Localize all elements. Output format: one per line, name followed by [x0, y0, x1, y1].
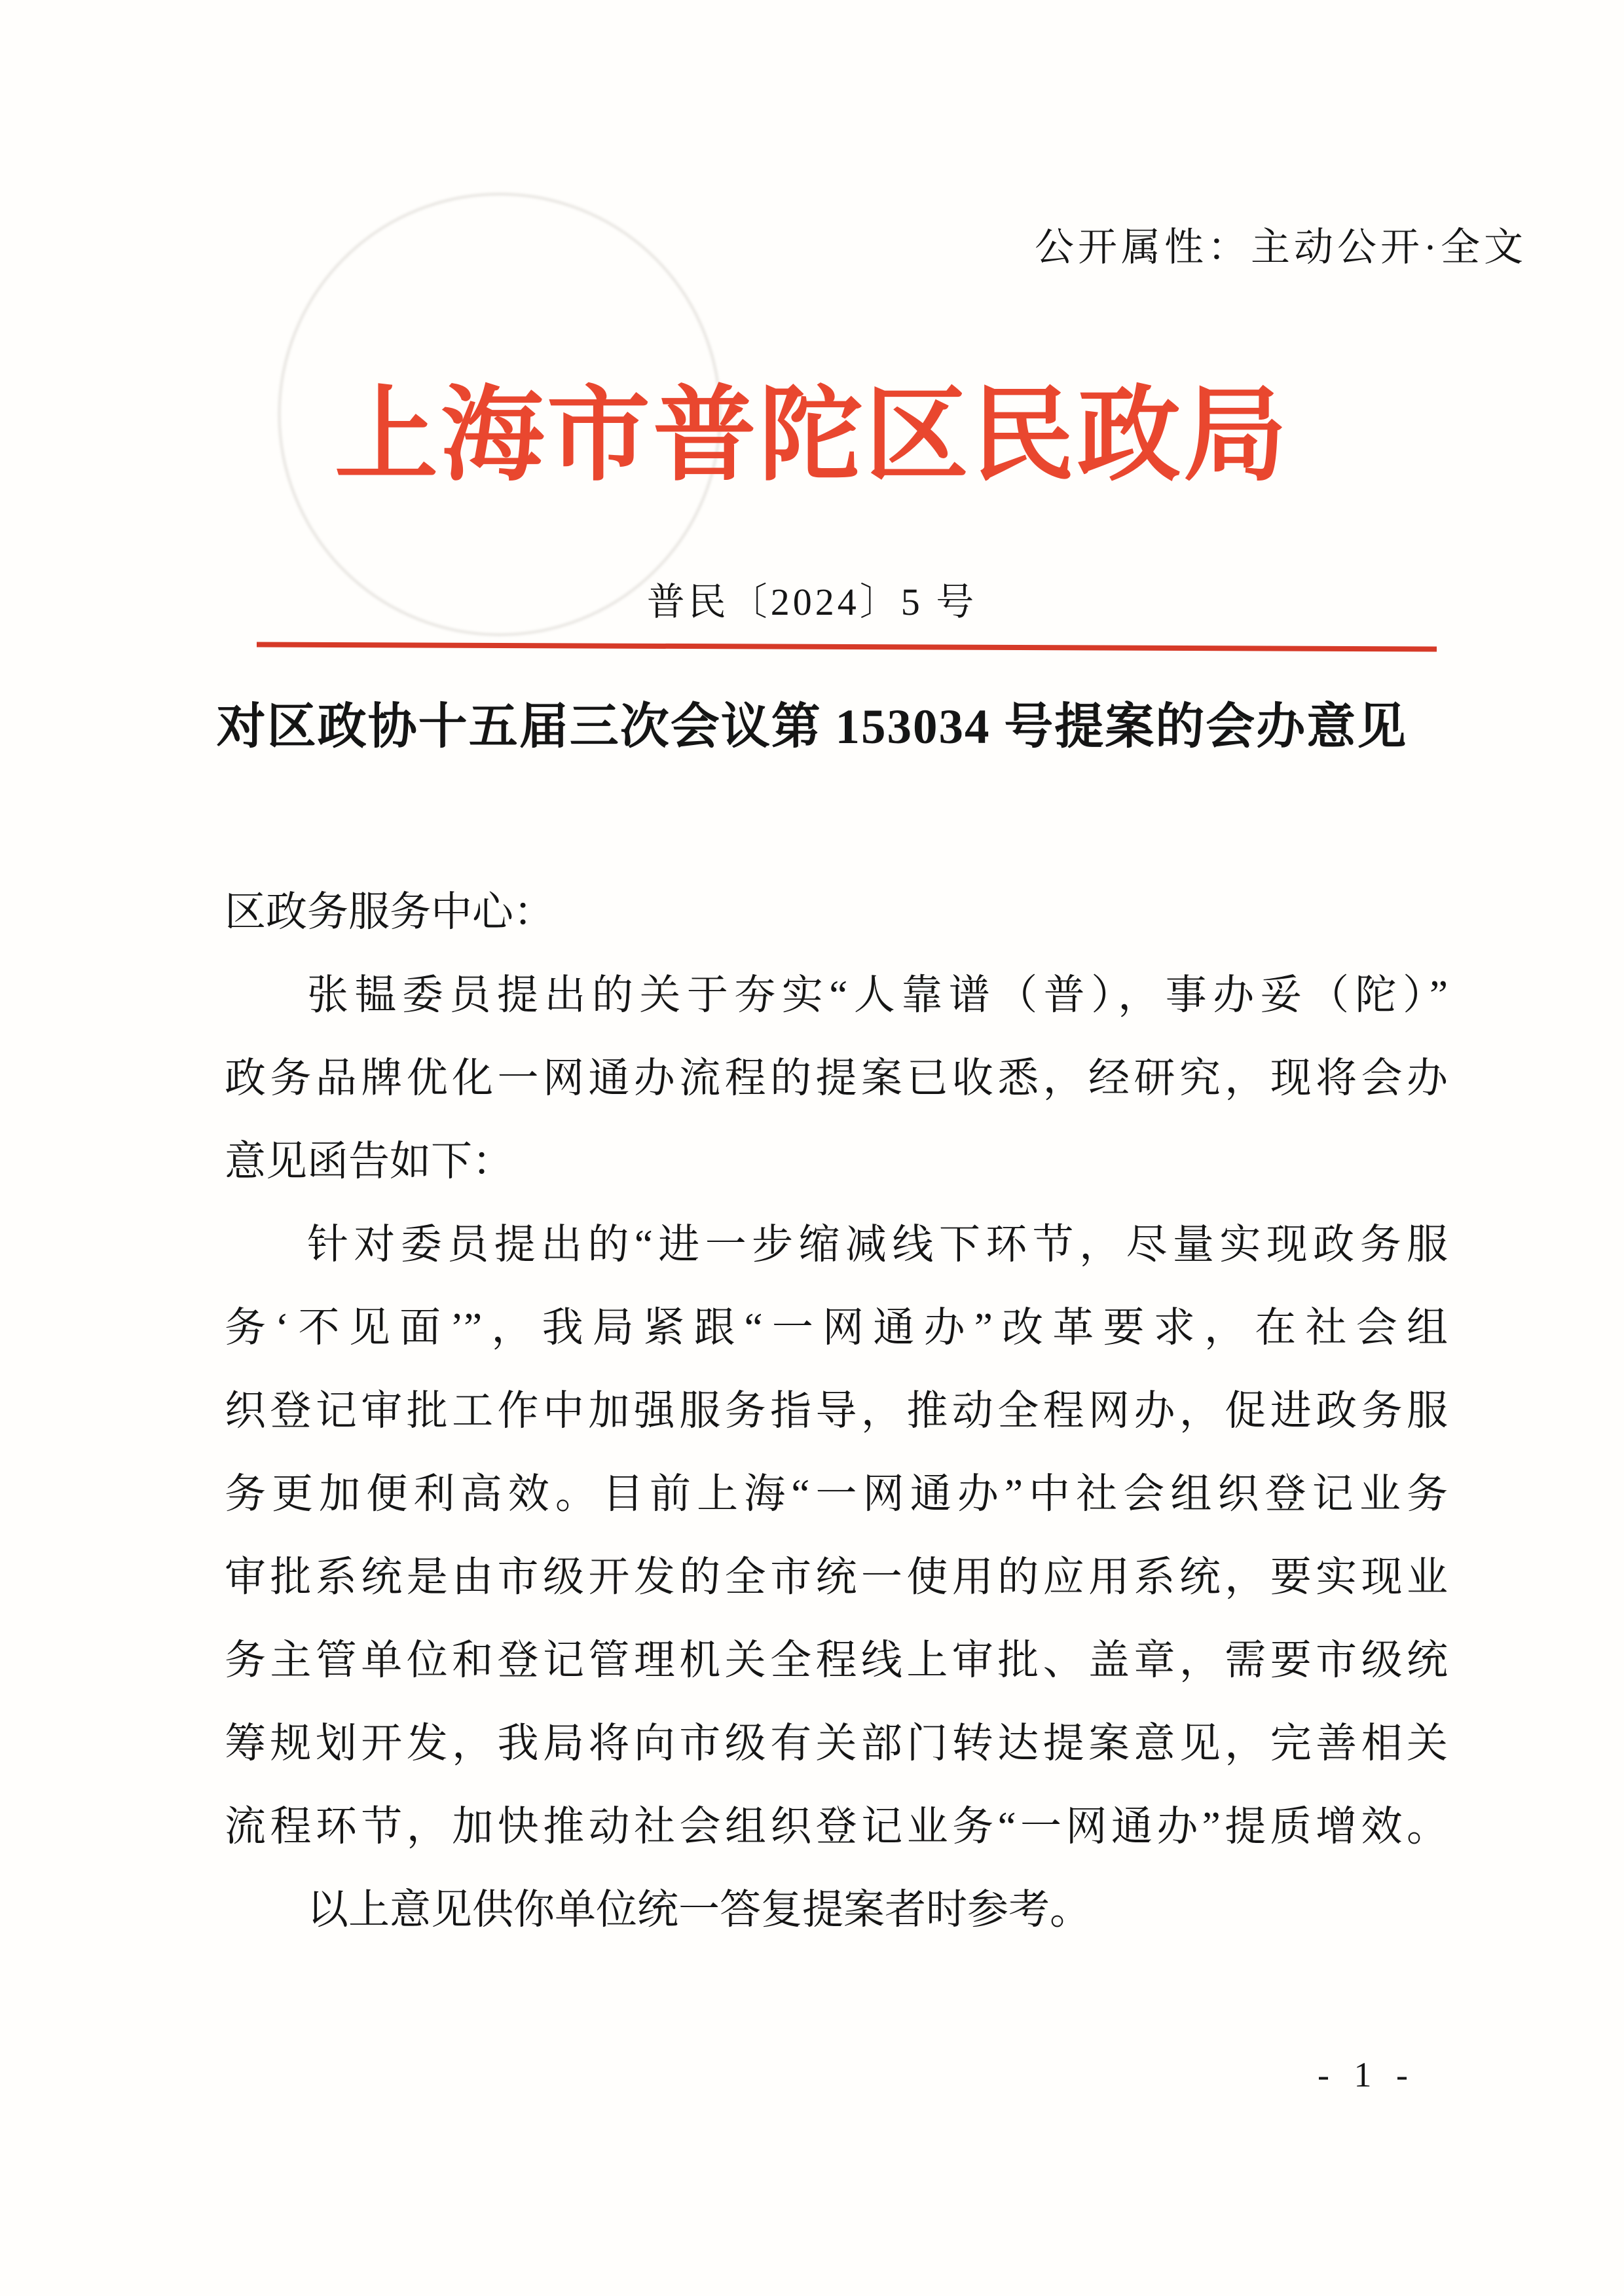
body-line: 筹规划开发，我局将向市级有关部门转达提案意见，完善相关	[225, 1702, 1448, 1785]
body-line: 务更加便利高效。目前上海“一网通办”中社会组织登记业务	[225, 1453, 1448, 1536]
body-line: 张韫委员提出的关于夯实“人靠谱（普），事办妥（陀）”	[225, 954, 1448, 1037]
body-line: 审批系统是由市级开发的全市统一使用的应用系统，要实现业	[225, 1536, 1448, 1619]
publicity-attribute-label: 公开属性：主动公开·全文	[1035, 216, 1527, 272]
body-line: 针对委员提出的“进一步缩减线下环节，尽量实现政务服	[225, 1203, 1448, 1286]
document-body: 区政务服务中心：张韫委员提出的关于夯实“人靠谱（普），事办妥（陀）”政务品牌优化…	[225, 871, 1448, 1952]
body-line: 务‘不见面’”，我局紧跟“一网通办”改革要求，在社会组	[225, 1286, 1448, 1370]
body-line: 流程环节，加快推动社会组织登记业务“一网通办”提质增效。	[225, 1785, 1448, 1868]
body-line: 织登记审批工作中加强服务指导，推动全程网办，促进政务服	[225, 1370, 1448, 1453]
document-page: 公开属性：主动公开·全文 上海市普陀区民政局 普民〔2024〕5 号 对区政协十…	[0, 0, 1624, 2296]
document-title: 对区政协十五届三次会议第 153034 号提案的会办意见	[0, 687, 1624, 757]
page-number: - 1 -	[1318, 2054, 1416, 2095]
document-number: 普民〔2024〕5 号	[0, 571, 1624, 626]
agency-name-header: 上海市普陀区民政局	[0, 352, 1624, 501]
body-line: 区政务服务中心：	[225, 871, 1448, 954]
body-line: 政务品牌优化一网通办流程的提案已收悉，经研究，现将会办	[225, 1037, 1448, 1120]
body-line: 务主管单位和登记管理机关全程线上审批、盖章，需要市级统	[225, 1619, 1448, 1702]
body-line: 意见函告如下：	[225, 1120, 1448, 1203]
red-divider-line	[257, 642, 1437, 652]
body-line: 以上意见供你单位统一答复提案者时参考。	[225, 1868, 1448, 1952]
